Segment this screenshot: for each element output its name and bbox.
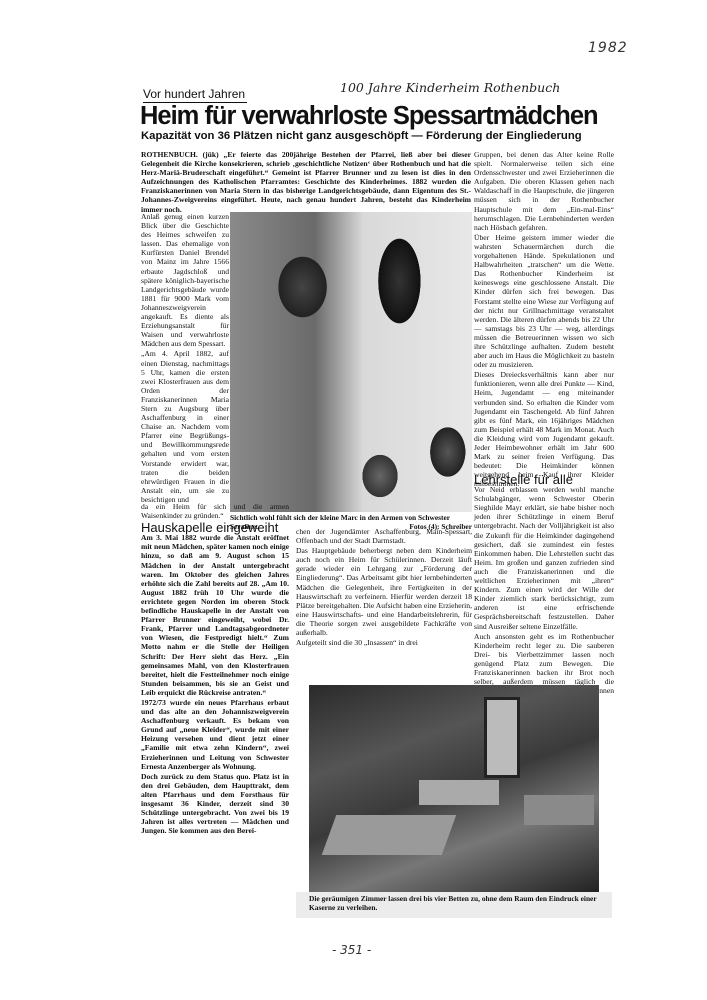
photo-bedroom [309,685,599,892]
bed-shape [322,815,457,855]
paragraph: „Am 4. April 1882, auf einen Dienstag, n… [141,349,229,504]
photo2-caption: Die geräumigen Zimmer lassen drei bis vi… [309,894,599,912]
kicker: Vor hundert Jahren [143,87,247,103]
paragraph: da ein Heim für sich und die armen Waise… [141,502,289,520]
window-shape [484,697,520,778]
lead-paragraph: ROTHENBUCH. (jük) „Er feierte das 200jäh… [141,150,471,214]
bed-shape [419,780,499,805]
paragraph: Das Hauptgebäude beherbergt neben dem Ki… [296,546,472,637]
handwritten-note: 100 Jahre Kinderheim Rothenbuch [340,80,560,95]
column-2: chen der Jugendämter Aschaffenburg, Main… [296,527,472,648]
subheadline: Kapazität von 36 Plätzen nicht ganz ausg… [141,130,582,142]
paragraph: Vor Neid erblassen werden wohl manche Sc… [474,485,614,631]
bed-shape [524,795,594,825]
year-annotation: 1982 [588,40,628,56]
section-heading: Lehrstelle für alle [474,475,614,484]
paragraph: chen der Jugendämter Aschaffenburg, Main… [296,527,472,545]
paragraph: Dieses Dreiecksverhältnis kann aber nur … [474,370,614,488]
paragraph: 1972/73 wurde ein neues Pfarrhaus erbaut… [141,698,289,771]
section-heading: Hauskapelle eingeweiht [141,523,289,532]
page-number: - 351 - [332,943,371,957]
paragraph: Über Heime geistern immer wieder die wah… [474,233,614,369]
paragraph: Am 3. Mai 1882 wurde die Anstalt eröffne… [141,533,289,697]
paragraph: Anlaß genug einen kurzen Blick über die … [141,212,229,348]
column-1: Anlaß genug einen kurzen Blick über die … [141,212,229,505]
paragraph: Aufgeteilt sind die 30 „Insassen“ in dre… [296,638,472,647]
headline: Heim für verwahrloste Spessartmädchen [140,102,598,131]
paragraph: Gruppen, bei denen das Alter keine Rolle… [474,150,614,232]
photo-nun-with-children [230,212,472,512]
column-1-continued: da ein Heim für sich und die armen Waise… [141,502,289,836]
column-3: Gruppen, bei denen das Alter keine Rolle… [474,150,614,489]
paragraph: Doch zurück zu dem Status quo. Platz ist… [141,772,289,836]
column-3-continued: Lehrstelle für alle Vor Neid erblassen w… [474,472,614,705]
